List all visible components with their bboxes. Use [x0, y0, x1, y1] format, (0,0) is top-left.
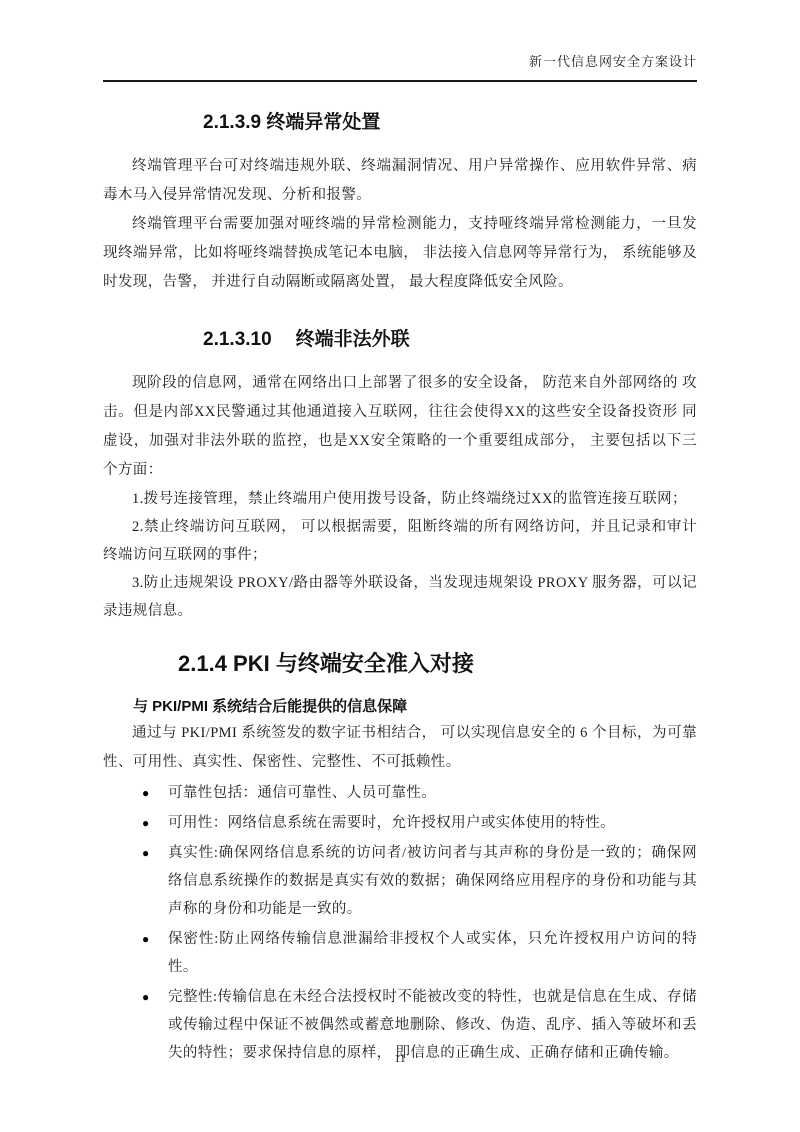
- list-item-text: 可靠性包括：通信可靠性、人员可靠性。: [168, 785, 436, 801]
- list-item-text: 保密性:防止网络传输信息泄漏给非授权个人或实体，只允许授权用户访问的特性。: [168, 931, 697, 975]
- bullet-icon: ●: [142, 809, 150, 837]
- bullet-icon: ●: [142, 925, 150, 953]
- heading-2-1-4: 2.1.4 PKI 与终端安全准入对接: [178, 649, 697, 679]
- list-item-reliability: ● 可靠性包括：通信可靠性、人员可靠性。: [103, 779, 697, 807]
- list-item-text: 可用性：网络信息系统在需要时，允许授权用户或实体使用的特性。: [168, 815, 615, 831]
- subheading-pki-pmi: 与 PKI/PMI 系统结合后能提供的信息保障: [103, 695, 697, 719]
- paragraph-terminal-exception-1: 终端管理平台可对终端违规外联、终端漏洞情况、用户异常操作、应用软件异常、病毒木马…: [103, 152, 697, 210]
- document-page: 新一代信息网安全方案设计 2.1.3.9 终端异常处置 终端管理平台可对终端违规…: [0, 0, 800, 1132]
- document-content: 2.1.3.9 终端异常处置 终端管理平台可对终端违规外联、终端漏洞情况、用户异…: [103, 82, 697, 1067]
- bullet-icon: ●: [142, 839, 150, 867]
- bullet-icon: ●: [142, 779, 150, 807]
- list-item-availability: ● 可用性：网络信息系统在需要时，允许授权用户或实体使用的特性。: [103, 809, 697, 837]
- paragraph-pki-goals: 通过与 PKI/PMI 系统签发的数字证书相结合， 可以实现信息安全的 6 个目…: [103, 719, 697, 777]
- page-number: 11: [394, 1051, 406, 1065]
- list-item-authenticity: ● 真实性:确保网络信息系统的访问者/被访问者与其声称的身份是一致的；确保网络信…: [103, 839, 697, 923]
- heading-2-1-3-9: 2.1.3.9 终端异常处置: [203, 110, 697, 136]
- heading-number: 2.1.3.10: [203, 329, 272, 350]
- paragraph-terminal-exception-2: 终端管理平台需要加强对哑终端的异常检测能力，支持哑终端异常检测能力，一旦发现终端…: [103, 210, 697, 297]
- heading-text: 终端非法外联: [296, 329, 410, 350]
- page-header: 新一代信息网安全方案设计: [103, 52, 697, 82]
- heading-2-1-3-10: 2.1.3.10终端非法外联: [203, 327, 697, 353]
- paragraph-illegal-connection-intro: 现阶段的信息网，通常在网络出口上部署了很多的安全设备， 防范来自外部网络的 攻击…: [103, 369, 697, 485]
- bullet-list: ● 可靠性包括：通信可靠性、人员可靠性。 ● 可用性：网络信息系统在需要时，允许…: [103, 779, 697, 1067]
- list-item-text: 真实性:确保网络信息系统的访问者/被访问者与其声称的身份是一致的；确保网络信息系…: [168, 845, 697, 917]
- numbered-item-2: 2.禁止终端访问互联网， 可以根据需要，阻断终端的所有网络访问，并且记录和审计终…: [103, 513, 697, 569]
- page-footer: 11: [0, 1051, 800, 1066]
- numbered-item-1: 1.拨号连接管理，禁止终端用户使用拨号设备，防止终端绕过XX的监管连接互联网；: [103, 485, 697, 513]
- list-item-confidentiality: ● 保密性:防止网络传输信息泄漏给非授权个人或实体，只允许授权用户访问的特性。: [103, 925, 697, 981]
- header-title: 新一代信息网安全方案设计: [529, 54, 697, 69]
- numbered-item-3: 3.防止违规架设 PROXY/路由器等外联设备，当发现违规架设 PROXY 服务…: [103, 569, 697, 625]
- bullet-icon: ●: [142, 983, 150, 1011]
